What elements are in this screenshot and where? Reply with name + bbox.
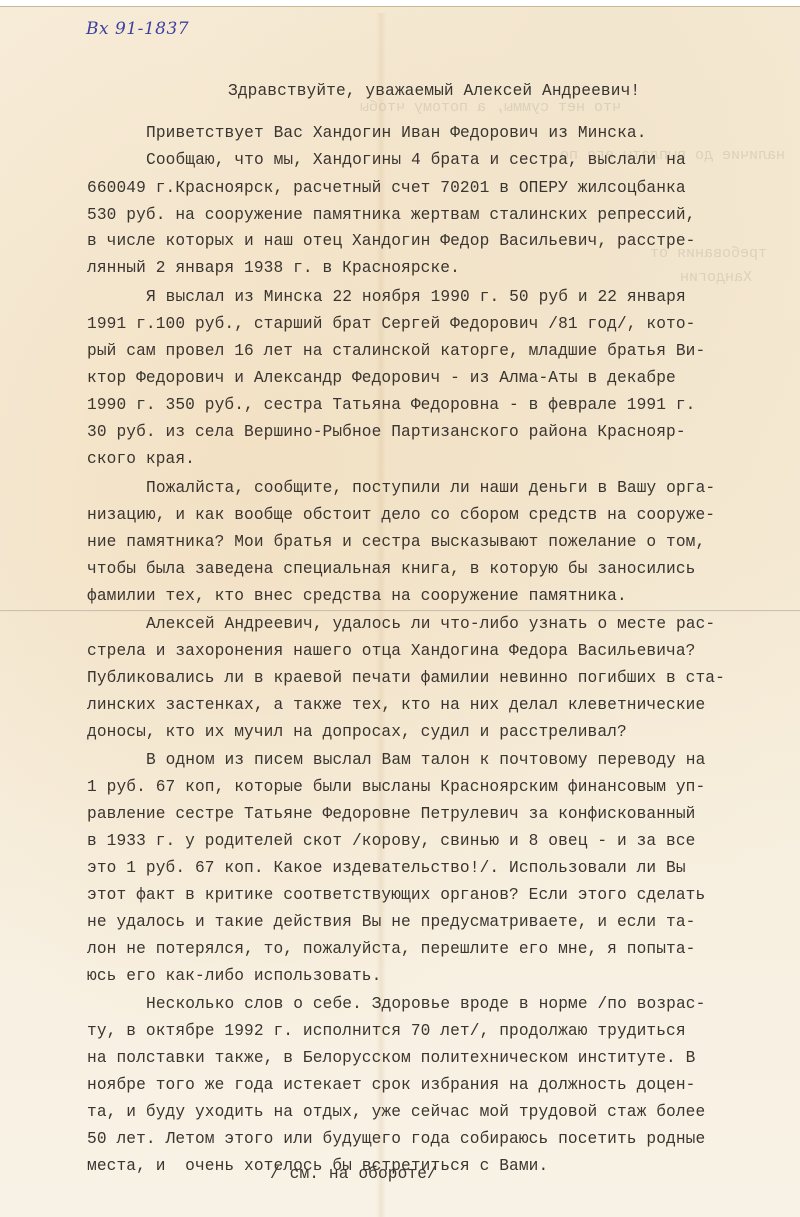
letter-line: Приветствует Вас Хандогин Иван Федорович… — [146, 124, 647, 142]
letter-line: ского края. — [87, 450, 195, 468]
letter-line: на полставки также, в Белорусском полите… — [87, 1049, 695, 1067]
letter-line: низацию, и как вообще обстоит дело со сб… — [87, 506, 715, 524]
letter-line: в 1933 г. у родителей скот /корову, свин… — [87, 832, 695, 850]
letter-line: 1990 г. 350 руб., сестра Татьяна Федоров… — [87, 396, 695, 414]
horizontal-fold-crease — [0, 610, 800, 612]
letter-line: это 1 руб. 67 коп. Какое издевательство!… — [87, 859, 686, 877]
letter-line: Пожалйста, сообщите, поступили ли наши д… — [146, 479, 715, 497]
letter-line: ктор Федорович и Александр Федорович - и… — [87, 369, 676, 387]
letter-line: Несколько слов о себе. Здоровье вроде в … — [146, 995, 705, 1013]
letter-line: лянный 2 января 1938 г. в Красноярске. — [87, 259, 460, 277]
handwritten-registration-note: Вх 91-1837 — [86, 19, 189, 39]
bleed-through-text: Хандогин — [680, 269, 752, 286]
letter-line: В одном из писем выслал Вам талон к почт… — [146, 751, 705, 769]
letter-line: доносы, кто их мучил на допросах, судил … — [87, 723, 627, 741]
letter-line: 1991 г.100 руб., старший брат Сергей Фед… — [87, 315, 695, 333]
letter-line: равление сестре Татьяне Федоровне Петрул… — [87, 805, 695, 823]
letter-page: что нет суммы, а потому чтобы наличие до… — [0, 6, 800, 1217]
letter-line: 1 руб. 67 коп, которые были высланы Крас… — [87, 778, 705, 796]
letter-line: ние памятника? Мои братья и сестра выска… — [87, 533, 705, 551]
letter-line: ноябре того же года истекает срок избран… — [87, 1076, 695, 1094]
letter-line: та, и буду уходить на отдых, уже сейчас … — [87, 1103, 705, 1121]
letter-line: фамилии тех, кто внес средства на сооруж… — [87, 587, 627, 605]
letter-line: Алексей Андреевич, удалось ли что-либо у… — [146, 615, 715, 633]
see-reverse-note: / см. на обороте/ — [270, 1165, 437, 1183]
letter-line: 30 руб. из села Вершино-Рыбное Партизанс… — [87, 423, 686, 441]
letter-line: стрела и захоронения нашего отца Хандоги… — [87, 642, 695, 660]
bleed-through-text: что нет суммы, а потому чтобы — [360, 99, 621, 116]
letter-line: Публиковались ли в краевой печати фамили… — [87, 669, 725, 687]
letter-line: не удалось и такие действия Вы не предус… — [87, 913, 695, 931]
letter-line: юсь его как-либо использовать. — [87, 967, 381, 985]
letter-line: рый сам провел 16 лет на сталинской като… — [87, 342, 705, 360]
letter-line: 530 руб. на сооружение памятника жертвам… — [87, 206, 695, 224]
letter-line: ту, в октябре 1992 г. исполнится 70 лет/… — [87, 1022, 686, 1040]
letter-line: этот факт в критике соответствующих орга… — [87, 886, 705, 904]
letter-line: Сообщаю, что мы, Хандогины 4 брата и сес… — [146, 151, 686, 169]
letter-line: лон не потерялся, то, пожалуйста, перешл… — [87, 940, 695, 958]
letter-greeting: Здравствуйте, уважаемый Алексей Андрееви… — [228, 82, 640, 100]
letter-line: в числе которых и наш отец Хандогин Федо… — [87, 232, 695, 250]
letter-line: 660049 г.Красноярск, расчетный счет 7020… — [87, 179, 686, 197]
letter-line: чтобы была заведена специальная книга, в… — [87, 560, 695, 578]
letter-line: линских застенках, а также тех, кто на н… — [87, 696, 705, 714]
letter-line: Я выслал из Минска 22 ноября 1990 г. 50 … — [146, 288, 686, 306]
letter-line: 50 лет. Летом этого или будущего года со… — [87, 1130, 705, 1148]
